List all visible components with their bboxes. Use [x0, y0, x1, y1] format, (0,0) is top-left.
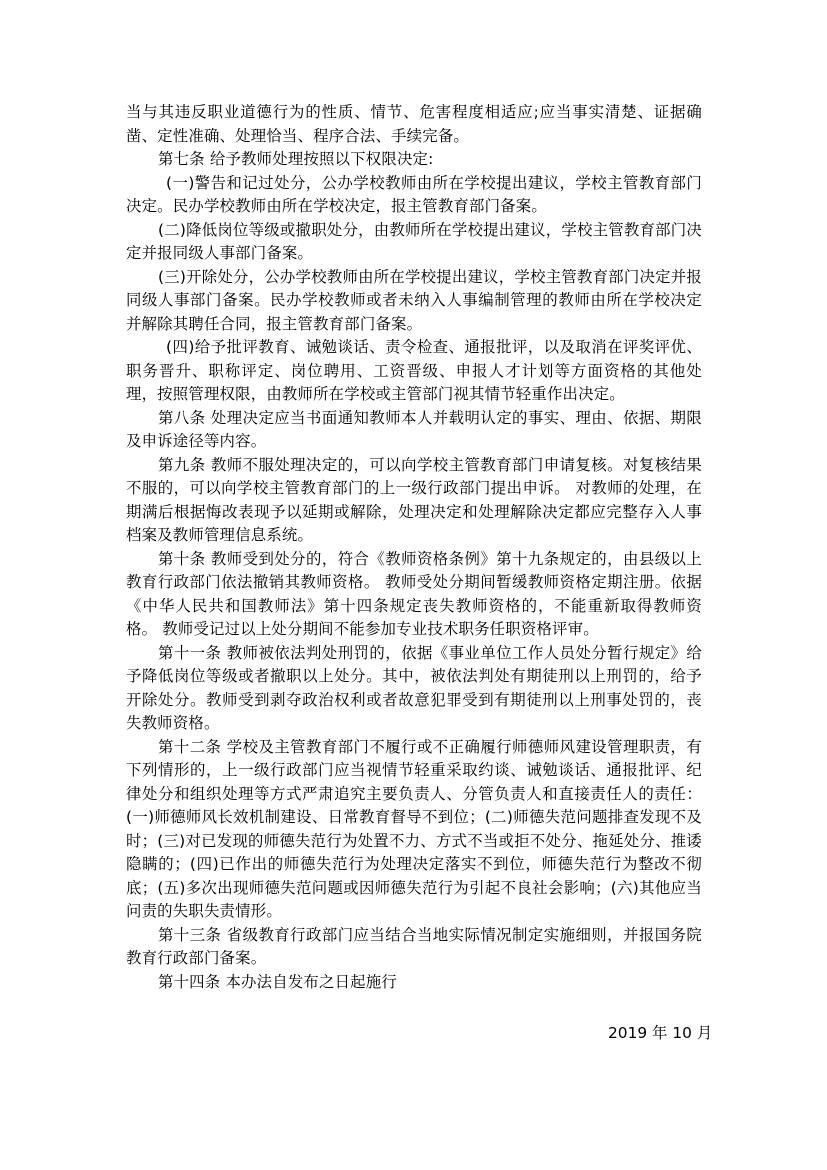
- article-8: 第八条 处理决定应当书面通知教师本人并载明认定的事实、理由、依据、期限及申诉途径…: [126, 407, 702, 454]
- document-date: 2019 年 10 月: [608, 1022, 712, 1046]
- article-7-heading: 第七条 给予教师处理按照以下权限决定:: [126, 148, 702, 172]
- article-13: 第十三条 省级教育行政部门应当结合当地实际情况制定实施细则，并报国务院教育行政部…: [126, 924, 702, 971]
- article-7-item-4: (四)给予批评教育、诫勉谈话、责令检查、通报批评，以及取消在评奖评优、职务晋升、…: [126, 336, 702, 407]
- paragraph-continuation: 当与其违反职业道德行为的性质、情节、危害程度相适应;应当事实清楚、证据确凿、定性…: [126, 101, 702, 148]
- article-10: 第十条 教师受到处分的，符合《教师资格条例》第十九条规定的，由县级以上教育行政部…: [126, 548, 702, 642]
- article-14: 第十四条 本办法自发布之日起施行: [126, 971, 702, 995]
- article-9: 第九条 教师不服处理决定的，可以向学校主管教育部门申请复核。对复核结果不服的，可…: [126, 454, 702, 548]
- article-7-item-2: (二)降低岗位等级或撤职处分，由教师所在学校提出建议，学校主管教育部门决定并报同…: [126, 219, 702, 266]
- document-body: 当与其违反职业道德行为的性质、情节、危害程度相适应;应当事实清楚、证据确凿、定性…: [126, 101, 702, 994]
- article-12: 第十二条 学校及主管教育部门不履行或不正确履行师德师风建设管理职责，有下列情形的…: [126, 736, 702, 924]
- article-7-item-1: (一)警告和记过处分，公办学校教师由所在学校提出建议，学校主管教育部门决定。民办…: [126, 172, 702, 219]
- article-11: 第十一条 教师被依法判处刑罚的，依据《事业单位工作人员处分暂行规定》给予降低岗位…: [126, 642, 702, 736]
- article-7-item-3: (三)开除处分，公办学校教师由所在学校提出建议，学校主管教育部门决定并报同级人事…: [126, 266, 702, 337]
